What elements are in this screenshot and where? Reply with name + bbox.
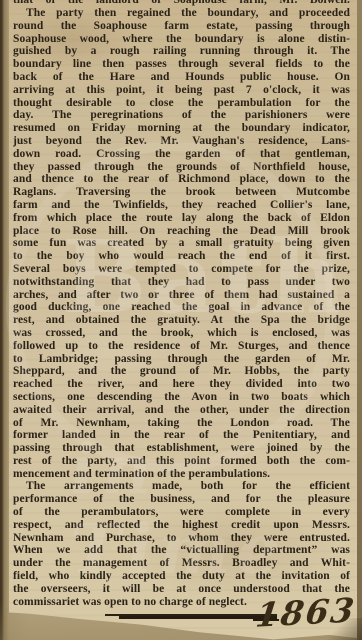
article-line: The party then regained the boundary, an…	[13, 7, 350, 20]
article-line: good ducking, one reached the goal in ad…	[13, 301, 350, 314]
article-line: day. The peregrinations of the parishion…	[13, 109, 350, 122]
article-line: field, who kindly accepted the duty at t…	[13, 570, 350, 583]
article-column: that of the landlord of Soaphouse farm, …	[13, 0, 350, 608]
article-line: that of the landlord of Soaphouse farm, …	[13, 0, 350, 7]
article-line: notwithstanding that they had to pass un…	[13, 276, 350, 289]
article-line: sections, one descending the Avon in two…	[13, 391, 350, 404]
article-line: followed up to the residence of Mr. Stur…	[13, 340, 350, 353]
newspaper-clipping: that of the landlord of Soaphouse farm, …	[9, 0, 357, 640]
article-line: passing through that establishment, were…	[13, 442, 350, 455]
article-line: boundary line then passes through severa…	[13, 58, 350, 71]
article-line: guished by a rough railing running throu…	[13, 45, 350, 58]
divider-rule	[105, 613, 277, 621]
article-line: performance of the business, and for the…	[13, 493, 350, 506]
article-line: of the perambulators, were complete in e…	[13, 506, 350, 519]
article-line: down road. Crossing the garden of that g…	[13, 148, 350, 161]
article-line: Newnham and Purchase, to whom they were …	[13, 532, 350, 545]
article-line: some fun was created by a small gratuity…	[13, 237, 350, 250]
article-line-partial: that of the landlord of Soaphouse farm, …	[13, 0, 350, 7]
article-line: respect, and reflected the highest credi…	[13, 519, 350, 532]
article-line: of Mr. Newnham, taking the London road. …	[13, 417, 350, 430]
article-line: awaited their arrival, and the other, un…	[13, 404, 350, 417]
article-line: When we add that the “victualling depart…	[13, 544, 350, 557]
article-line: they passed through the grounds of North…	[13, 161, 350, 174]
article-line: Several boys were tempted to compete for…	[13, 263, 350, 276]
article-line: under the management of Messrs. Broadley…	[13, 557, 350, 570]
article-line: Raglans. Traversing the brook between Mu…	[13, 186, 350, 199]
article-line: back of the Hare and Hounds public house…	[13, 71, 350, 84]
article-line: farm and the Twinfields, they reached Co…	[13, 199, 350, 212]
article-line: mencement and termination of the perambu…	[13, 468, 350, 481]
article-line: rest of the party, and this point formed…	[13, 455, 350, 468]
page-corner-shadow	[322, 618, 362, 640]
article-line: to Lambridge; passing through the garden…	[13, 353, 350, 366]
article-line: round the Soaphouse farm estate, passing…	[13, 20, 350, 33]
article-line: to the boy who would reach the end of it…	[13, 250, 350, 263]
article-line: rest, and obtained the gratuity. At the …	[13, 314, 350, 327]
article-line: was crossed, and the brook, which is enc…	[13, 327, 350, 340]
article-line: former landed in the rear of the Peniten…	[13, 429, 350, 442]
page-right-edge	[357, 0, 362, 640]
article-line: reached the river, and here they divided…	[13, 378, 350, 391]
article-line: just beyond the Rev. Mr. Vaughan's resid…	[13, 135, 350, 148]
article-line: Soaphouse wood, where the boundary is al…	[13, 33, 350, 46]
article-text: The party then regained the boundary, an…	[13, 7, 350, 608]
article-line: from which place the route lay along the…	[13, 212, 350, 225]
article-line: and thence to the rear of Richmond place…	[13, 173, 350, 186]
article-line: Sheppard, and the ground of Mr. Hobbs, t…	[13, 365, 350, 378]
article-line: arches, and after two or three of them h…	[13, 289, 350, 302]
article-line: resumed on Friday morning at the boundar…	[13, 122, 350, 135]
scrapbook-page: that of the landlord of Soaphouse farm, …	[0, 0, 362, 640]
article-line: place to Rose hill. On reaching the Dead…	[13, 225, 350, 238]
article-line: thought desirable to close the perambula…	[13, 97, 350, 110]
article-line: arriving at this point, it being past 7 …	[13, 84, 350, 97]
article-line: The arrangements made, both for the effi…	[13, 480, 350, 493]
